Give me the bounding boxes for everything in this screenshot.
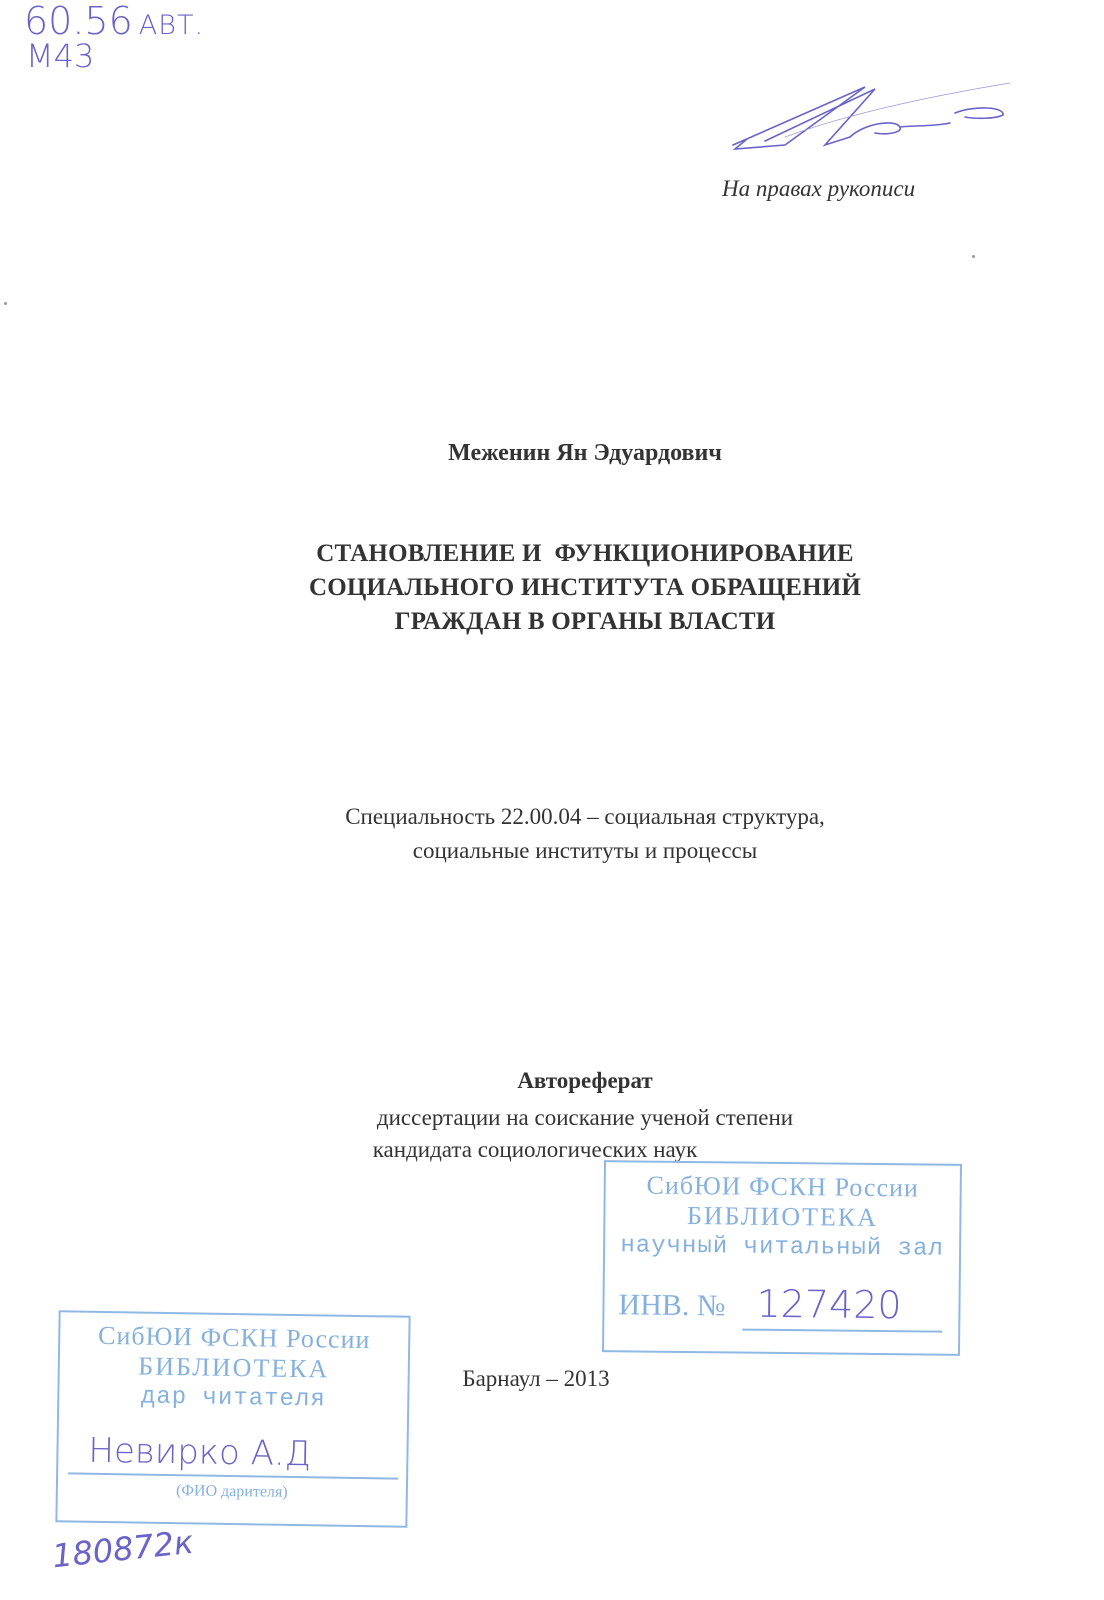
stamp-underline [68,1472,398,1479]
title-line: СОЦИАЛЬНОГО ИНСТИТУТА ОБРАЩЕНИЙ [0,571,1104,605]
paper-speck [4,302,7,305]
library-stamp-reading-room: СибЮИ ФСКН России БИБЛИОТЕКА научный чит… [602,1160,962,1356]
abstract-description: диссертации на соискание ученой степени … [0,1102,1104,1166]
stamp-donor-name: Невирко А.Д [88,1431,311,1474]
stamp-underline [742,1329,942,1333]
registry-number: 180872к [50,1523,195,1576]
abstract-label: Автореферат [0,1068,1104,1094]
specialty: Специальность 22.00.04 – социальная стру… [0,800,1104,868]
specialty-line: социальные институты и процессы [0,834,1104,868]
stamp-library: БИБЛИОТЕКА [605,1200,959,1234]
stamp-library: БИБЛИОТЕКА [60,1350,408,1385]
stamp-department: дар читателя [59,1382,407,1414]
stamp-institution: СибЮИ ФСКН России [606,1170,960,1204]
library-stamp-gift: СибЮИ ФСКН России БИБЛИОТЕКА дар читател… [55,1310,410,1528]
shelf-mark-classification: 60.56АВТ. [24,2,204,40]
shelf-mark-author-code: М43 [26,40,94,72]
shelf-mark-abbrev: АВТ. [139,10,204,41]
paper-speck [972,255,975,258]
stamp-donor-caption: (ФИО дарителя) [58,1480,406,1503]
manuscript-rights-note: На правах рукописи [722,176,915,202]
stamp-department: научный читальный зал [605,1232,959,1263]
title-line: ГРАЖДАН В ОРГАНЫ ВЛАСТИ [0,605,1104,639]
abstract-line: диссертации на соискание ученой степени [0,1102,1104,1134]
dissertation-title: СТАНОВЛЕНИЕ И ФУНКЦИОНИРОВАНИЕ СОЦИАЛЬНО… [0,537,1104,639]
signature-icon [725,75,1015,155]
stamp-inventory-number: 127420 [756,1282,902,1328]
stamp-institution: СибЮИ ФСКН России [60,1320,408,1355]
author-name: Меженин Ян Эдуардович [0,440,1104,467]
specialty-line: Специальность 22.00.04 – социальная стру… [0,800,1104,834]
title-line: СТАНОВЛЕНИЕ И ФУНКЦИОНИРОВАНИЕ [0,537,1104,571]
abstract-line: кандидата социологических наук [0,1134,1104,1166]
